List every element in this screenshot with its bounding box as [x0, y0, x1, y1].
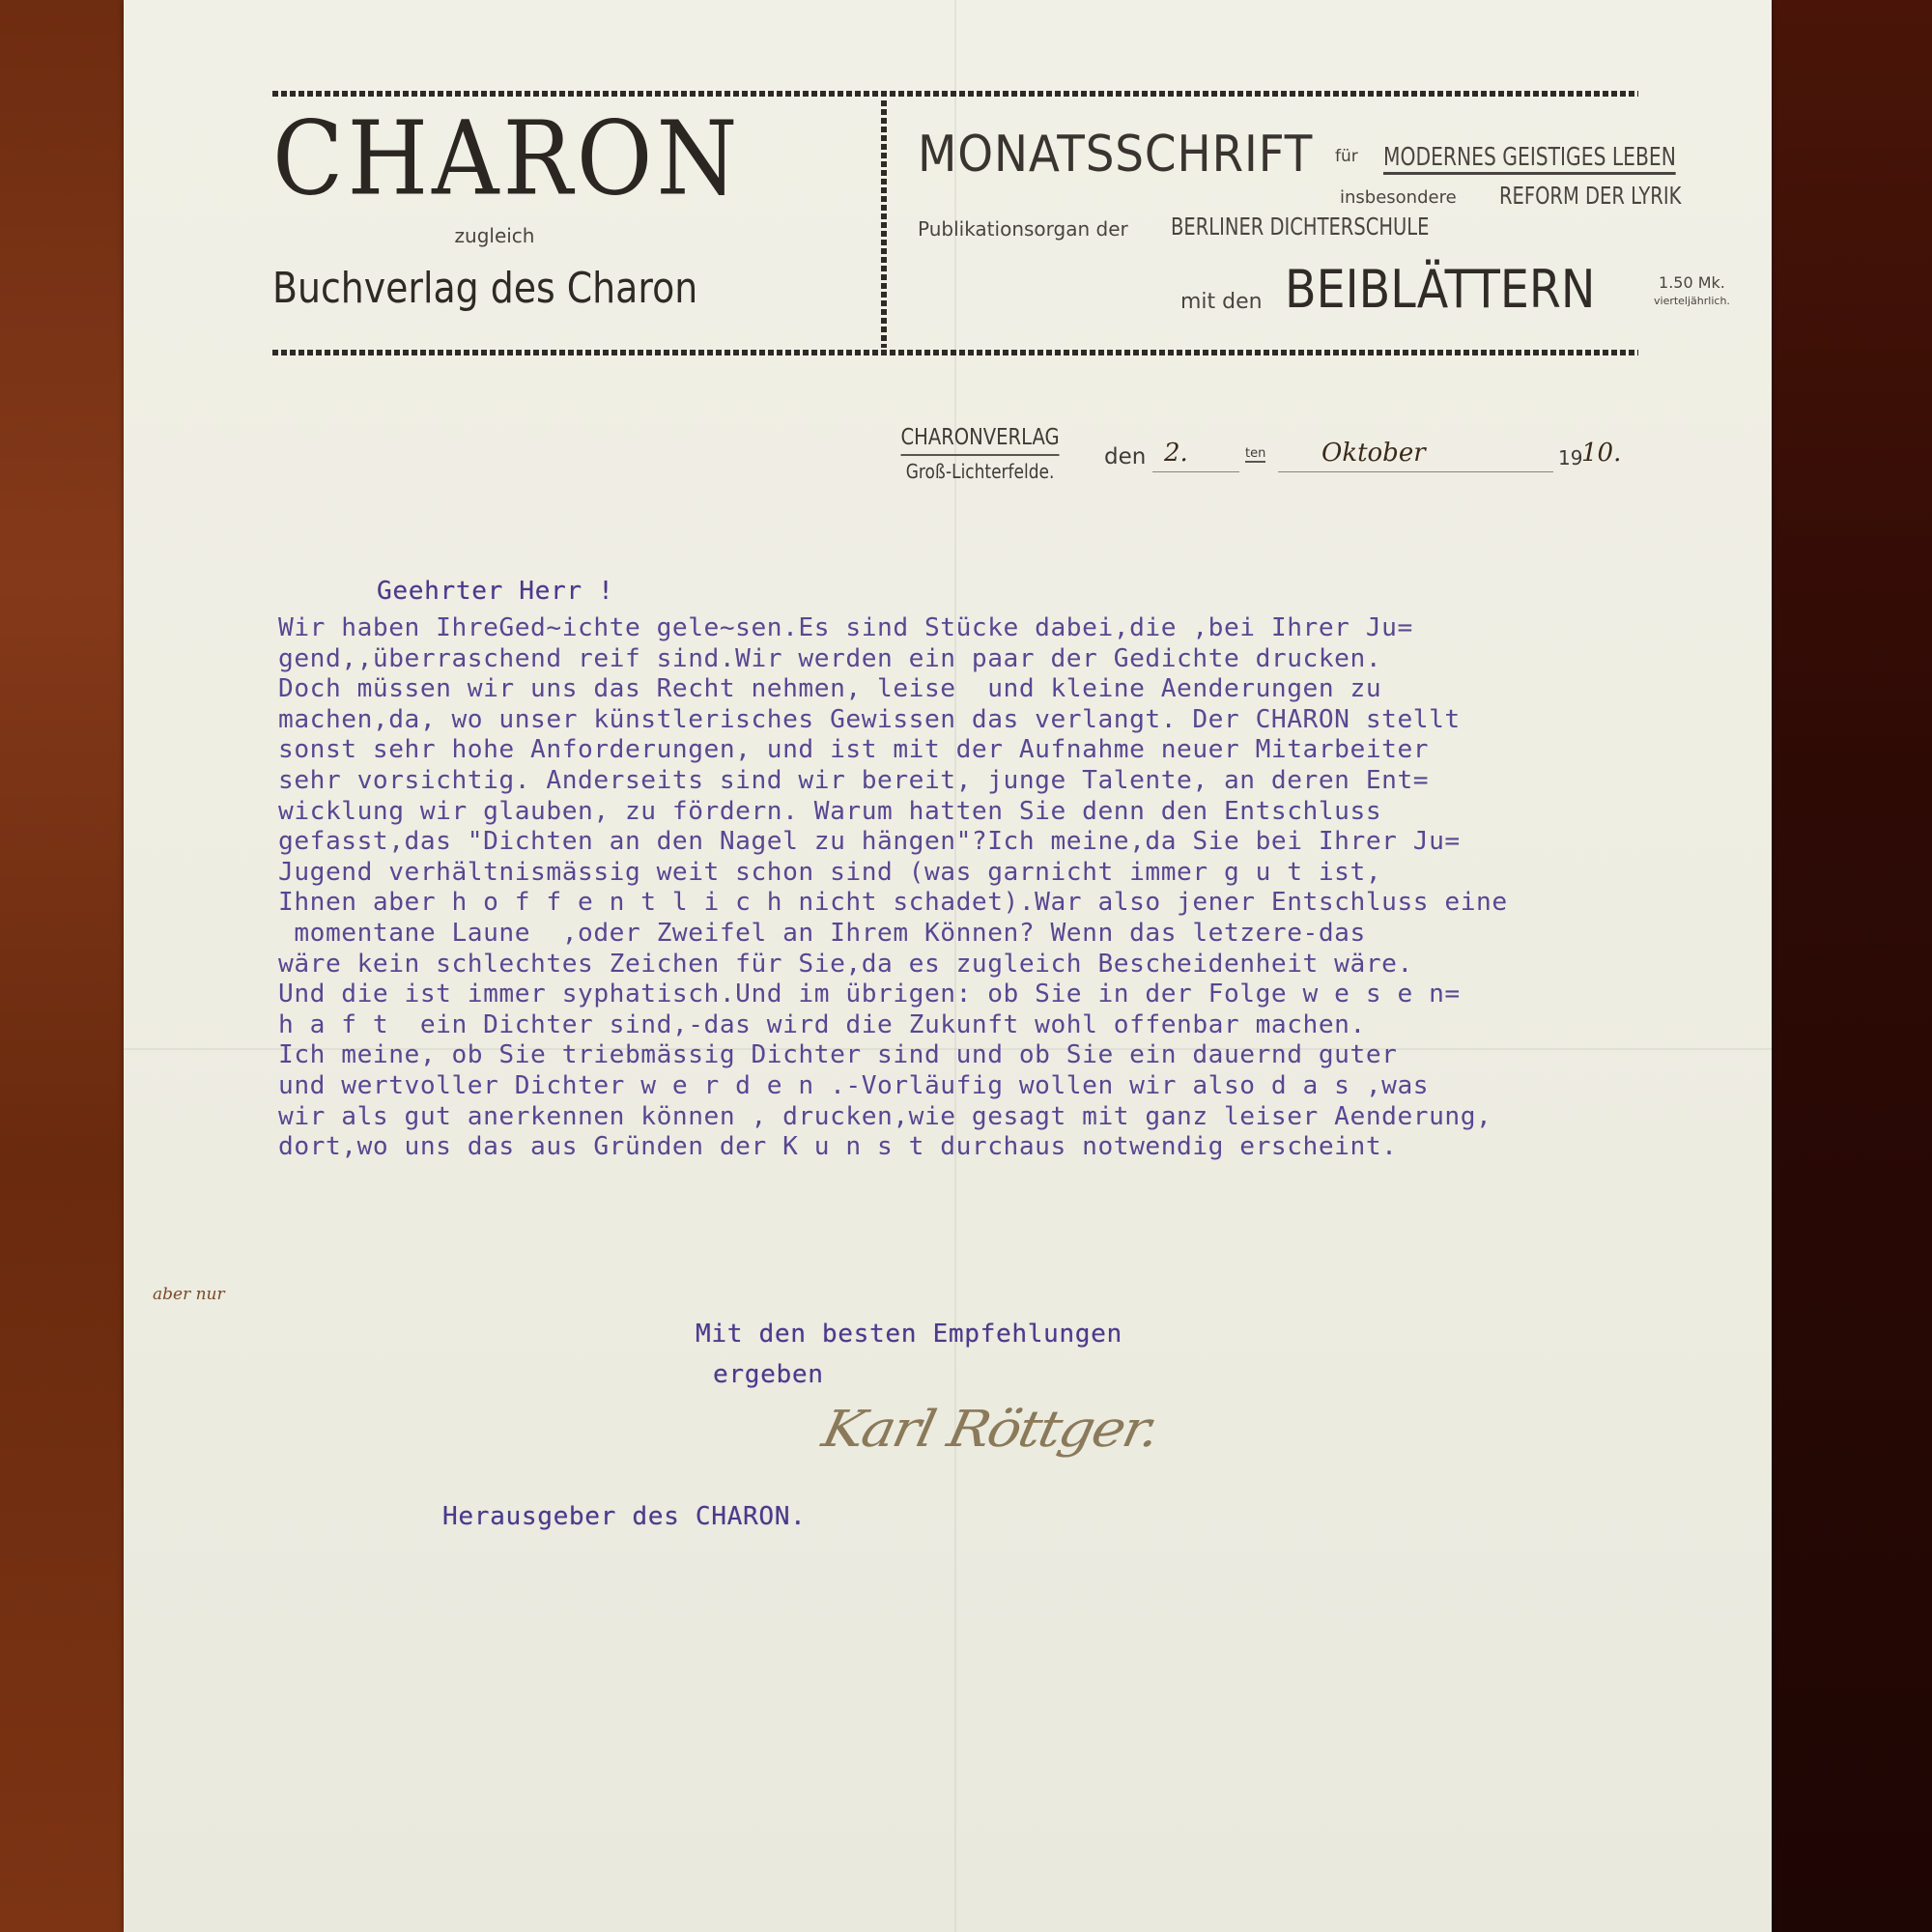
date-den: den: [1104, 444, 1146, 469]
date-underline-month: [1278, 471, 1553, 472]
date-underline-day: [1152, 471, 1239, 472]
body-line: sonst sehr hohe Anforderungen, und ist m…: [278, 735, 1508, 766]
date-year: 10.: [1581, 439, 1621, 468]
focus-line: REFORM DER LYRIK: [1499, 182, 1681, 210]
subject-line: MODERNES GEISTIGES LEBEN: [1383, 143, 1676, 175]
body-line: Und die ist immer syphatisch.Und im übri…: [278, 980, 1508, 1010]
insbesondere-label: insbesondere: [1340, 187, 1457, 208]
place-location: Groß-Lichterfelde.: [900, 460, 1059, 483]
date-year-prefix: 19: [1558, 446, 1582, 469]
price-period: vierteljährlich.: [1654, 295, 1730, 307]
body-line: dort,wo uns das aus Gründen der K u n s …: [278, 1132, 1508, 1163]
body-line: gend,,überraschend reif sind.Wir werden …: [278, 644, 1508, 675]
wood-table-right: [1768, 0, 1932, 1932]
periodical-title: MONATSSCHRIFT: [918, 126, 1313, 184]
date-month: Oktober: [1321, 439, 1426, 468]
body-line: und wertvoller Dichter w e r d e n .-Vor…: [278, 1071, 1508, 1102]
price-value: 1.50 Mk.: [1654, 275, 1730, 292]
place-publisher: CHARONVERLAG: [900, 425, 1059, 456]
handwritten-margin-note: aber nur: [153, 1285, 225, 1304]
body-line: wicklung wir glauben, zu fördern. Warum …: [278, 797, 1508, 828]
body-line: Doch müssen wir uns das Recht nehmen, le…: [278, 674, 1508, 705]
letter-body: Wir haben IhreGed~ichte gele~sen.Es sind…: [278, 613, 1508, 1163]
body-line: h a f t ein Dichter sind,-das wird die Z…: [278, 1010, 1508, 1041]
wood-table-left: [0, 0, 124, 1932]
body-line: machen,da, wo unser künstlerisches Gewis…: [278, 705, 1508, 736]
supplement-prefix: mit den: [1180, 290, 1263, 314]
body-line: wäre kein schlechtes Zeichen für Sie,da …: [278, 950, 1508, 980]
supplement-title: BEIBLÄTTERN: [1285, 259, 1595, 320]
date-day: 2.: [1164, 439, 1188, 468]
organ-prefix: Publikationsorgan der: [918, 217, 1128, 241]
letterhead-border-top: [272, 91, 1638, 97]
body-line: Ich meine, ob Sie triebmässig Dichter si…: [278, 1040, 1508, 1071]
salutation: Geehrter Herr !: [377, 577, 614, 606]
letterhead-divider: [881, 100, 887, 348]
body-line: Wir haben IhreGed~ichte gele~sen.Es sind…: [278, 613, 1508, 644]
closing: Mit den besten Empfehlungen: [696, 1320, 1122, 1349]
letter-paper: CHARON zugleich Buchverlag des Charon MO…: [124, 0, 1772, 1932]
body-line: momentane Laune ,oder Zweifel an Ihrem K…: [278, 919, 1508, 950]
place-block: CHARONVERLAG Groß-Lichterfelde.: [887, 425, 1073, 483]
price-block: 1.50 Mk. vierteljährlich.: [1654, 275, 1730, 308]
signature: Karl Röttger.: [817, 1401, 1163, 1459]
zugleich-label: zugleich: [272, 224, 717, 247]
body-line: sehr vorsichtig. Anderseits sind wir ber…: [278, 766, 1508, 797]
publisher-name: CHARON: [272, 107, 717, 210]
organ-name: BERLINER DICHTERSCHULE: [1171, 213, 1429, 241]
letterhead-border-bottom: [272, 350, 1638, 355]
date-ten: ten: [1245, 446, 1265, 463]
body-line: wir als gut anerkennen können , drucken,…: [278, 1102, 1508, 1133]
fuer-label: für: [1335, 147, 1358, 166]
closing-ergeben: ergeben: [713, 1360, 824, 1389]
body-line: Ihnen aber h o f f e n t l i c h nicht s…: [278, 888, 1508, 919]
book-imprint: Buchverlag des Charon: [272, 264, 663, 313]
body-line: gefasst,das "Dichten an den Nagel zu hän…: [278, 827, 1508, 858]
body-line: Jugend verhältnismässig weit schon sind …: [278, 858, 1508, 889]
letterhead: CHARON zugleich Buchverlag des Charon MO…: [272, 87, 1644, 357]
signer-title: Herausgeber des CHARON.: [442, 1502, 806, 1531]
